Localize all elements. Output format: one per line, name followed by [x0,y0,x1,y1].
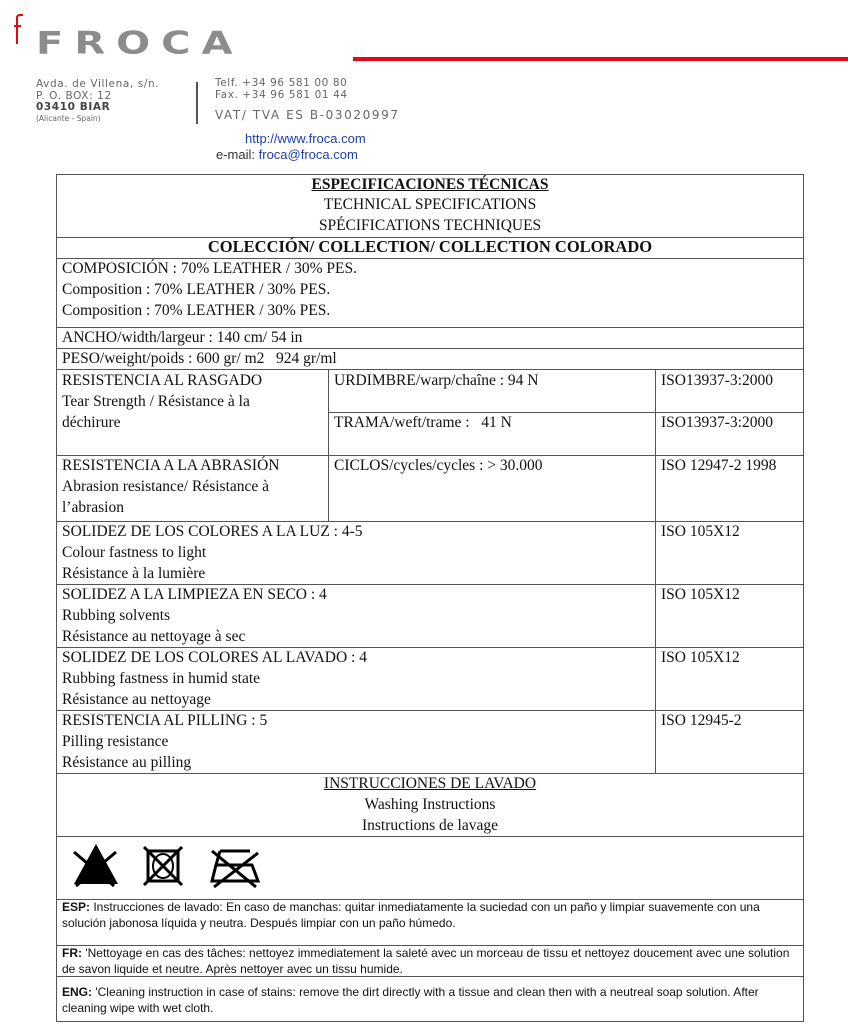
width-spec: ANCHO/width/largeur : 140 cm/ 54 in [56,328,302,349]
light-fastness-en: Colour fastness to light [56,543,206,564]
tear-warp-standard: ISO13937-3:2000 [655,371,773,392]
washing-title-fr: Instructions de lavage [56,816,804,837]
weight-spec: PESO/weight/poids : 600 gr/ m2 924 gr/ml [56,349,337,370]
abrasion-label-fr: l’abrasion [56,498,124,519]
pilling-en: Pilling resistance [56,732,168,753]
wash-fastness-en: Rubbing fastness in humid state [56,669,260,690]
phone-number: Telf. +34 96 581 00 80 [215,78,348,90]
composition-fr: Composition : 70% LEATHER / 30% PES. [56,301,330,322]
table-border [56,1021,804,1022]
title-es: ESPECIFICACIONES TÉCNICAS [56,175,804,196]
washing-title-es: INSTRUCCIONES DE LAVADO [56,774,804,795]
pilling-standard: ISO 12945-2 [655,711,742,732]
composition-en: Composition : 70% LEATHER / 30% PES. [56,280,330,301]
note-eng-tag: ENG: [62,985,92,999]
tear-weft-value: TRAMA/weft/trame : 41 N [328,413,512,434]
abrasion-label-es: RESISTENCIA A LA ABRASIÓN [56,456,279,477]
note-eng: ENG: 'Cleaning instruction in case of st… [56,985,803,1016]
tear-warp-value: URDIMBRE/warp/chaîne : 94 N [328,371,538,392]
tear-label-en: Tear Strength / Résistance à la [56,392,250,413]
wash-fastness-standard: ISO 105X12 [655,648,740,669]
tear-label-es: RESISTENCIA AL RASGADO [56,371,262,392]
company-logo: FROCA [36,28,243,59]
email-label: e-mail: [216,147,255,162]
address-postcode: 03410 BIAR [36,102,159,114]
title-fr: SPÉCIFICATIONS TECHNIQUES [56,216,804,237]
brand-rule [353,57,848,61]
email-link[interactable]: froca@froca.com [259,147,358,162]
dry-cleaning-en: Rubbing solvents [56,606,170,627]
pilling-es: RESISTENCIA AL PILLING : 5 [56,711,267,732]
abrasion-value: CICLOS/cycles/cycles : > 30.000 [328,456,543,477]
tear-label-fr: déchirure [56,413,121,434]
column-divider [328,369,329,521]
dry-cleaning-standard: ISO 105X12 [655,585,740,606]
dry-cleaning-fr: Résistance au nettoyage à sec [56,627,245,648]
note-fr-tag: FR: [62,946,82,960]
wash-fastness-es: SOLIDEZ DE LOS COLORES AL LAVADO : 4 [56,648,367,669]
composition-es: COMPOSICIÓN : 70% LEATHER / 30% PES. [56,259,357,280]
note-esp: ESP: Instrucciones de lavado: En caso de… [56,900,803,931]
do-not-tumble-dry-icon [142,845,184,887]
company-address: Avda. de Villena, s/n. P. O. BOX: 12 034… [36,79,159,123]
website-link[interactable]: http://www.froca.com [245,131,366,147]
address-divider [196,82,198,124]
collection-name: COLECCIÓN/ COLLECTION/ COLLECTION COLORA… [56,237,804,258]
pilling-fr: Résistance au pilling [56,753,191,774]
note-eng-text: 'Cleaning instruction in case of stains:… [62,985,759,1015]
note-fr-text: 'Nettoyage en cas des tâches: nettoyez i… [62,946,789,976]
do-not-bleach-icon [70,842,122,888]
light-fastness-standard: ISO 105X12 [655,522,740,543]
light-fastness-es: SOLIDEZ DE LOS COLORES A LA LUZ : 4-5 [56,522,363,543]
abrasion-standard: ISO 12947-2 1998 [655,456,776,477]
note-fr: FR: 'Nettoyage en cas des tâches: nettoy… [56,946,803,977]
address-region: (Alicante - Spain) [36,114,159,123]
company-contact: Telf. +34 96 581 00 80 Fax. +34 96 581 0… [215,78,348,101]
abrasion-label-en: Abrasion resistance/ Résistance à [56,477,269,498]
address-street: Avda. de Villena, s/n. [36,79,159,91]
note-esp-tag: ESP: [62,900,90,914]
email-line: e-mail: froca@froca.com [216,147,358,163]
fax-number: Fax. +34 96 581 01 44 [215,90,348,102]
dry-cleaning-es: SOLIDEZ A LA LIMPIEZA EN SECO : 4 [56,585,327,606]
table-border [803,174,804,1022]
tear-weft-standard: ISO13937-3:2000 [655,413,773,434]
vat-number: VAT/ TVA ES B-03020997 [215,110,400,122]
wash-fastness-fr: Résistance au nettoyage [56,690,211,711]
do-not-iron-icon [208,845,264,889]
note-esp-text: Instrucciones de lavado: En caso de manc… [62,900,760,930]
washing-title-en: Washing Instructions [56,795,804,816]
title-en: TECHNICAL SPECIFICATIONS [56,195,804,216]
light-fastness-fr: Résistance à la lumière [56,564,205,585]
logo-mark-icon [14,14,24,44]
